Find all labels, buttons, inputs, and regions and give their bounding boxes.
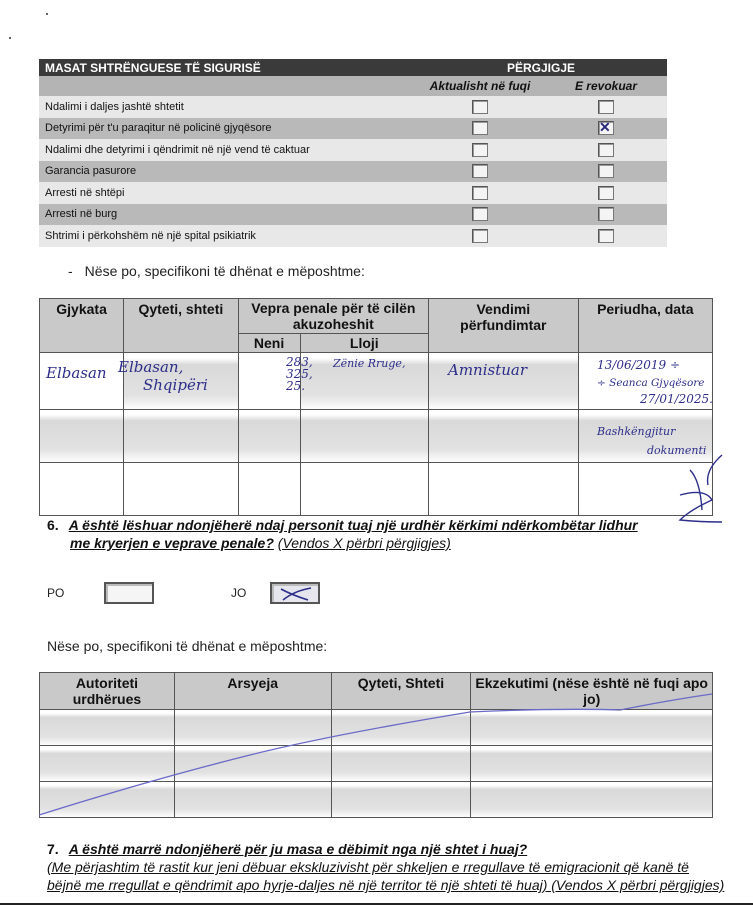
no-checkbox[interactable] bbox=[270, 582, 320, 604]
measure-label: Ndalimi dhe detyrimi i qëndrimit në një … bbox=[39, 139, 415, 161]
question-6: 6.A është lëshuar ndonjëherë ndaj person… bbox=[47, 516, 707, 552]
measure-label: Garancia pasurore bbox=[39, 161, 415, 183]
header-court: Gjykata bbox=[40, 299, 124, 353]
handwritten-city-state-1: Elbasan, bbox=[118, 360, 183, 375]
handwritten-article-3: 25. bbox=[286, 380, 305, 392]
x-mark-icon bbox=[278, 585, 314, 602]
if-yes-note-2: Nëse po, specifikoni të dhënat e mëposht… bbox=[47, 638, 327, 654]
revoked-checkbox[interactable] bbox=[598, 229, 614, 243]
yes-label: PO bbox=[47, 586, 64, 600]
header-period-date: Periudha, data bbox=[578, 299, 712, 353]
revoked-checkbox[interactable] bbox=[598, 121, 614, 135]
table-row bbox=[40, 463, 713, 516]
active-checkbox[interactable] bbox=[472, 121, 488, 135]
handwritten-period-3: 27/01/2025. bbox=[640, 392, 713, 407]
measure-label: Ndalimi i daljes jashtë shtetit bbox=[39, 96, 415, 118]
handwritten-period-1: 13/06/2019 ÷ bbox=[597, 358, 680, 373]
if-yes-note: -Nëse po, specifikoni të dhënat e mëposh… bbox=[68, 263, 365, 279]
active-checkbox[interactable] bbox=[472, 186, 488, 200]
table-row bbox=[40, 782, 713, 818]
handwritten-city-state-2: Shqipëri bbox=[143, 378, 208, 393]
question-7: 7.A është marrë ndonjëherë për ju masa e… bbox=[47, 840, 727, 894]
header-article: Neni bbox=[238, 334, 300, 353]
revoked-checkbox[interactable] bbox=[598, 207, 614, 221]
header-offense: Vepra penale për të cilën akuzoheshit bbox=[238, 299, 428, 334]
header-type: Lloji bbox=[300, 334, 429, 353]
header-city-state: Qyteti, shteti bbox=[124, 299, 239, 353]
header-city-state: Qyteti, Shteti bbox=[331, 673, 471, 710]
col-active: Aktualisht në fuqi bbox=[415, 76, 545, 96]
measure-label: Detyrimi për t'u paraqitur në policinë g… bbox=[39, 118, 415, 140]
measure-label: Shtrimi i përkohshëm në një spital psiki… bbox=[39, 225, 415, 247]
handwritten-court: Elbasan bbox=[46, 366, 107, 381]
yes-checkbox[interactable] bbox=[104, 582, 154, 604]
scan-speck bbox=[46, 13, 48, 15]
measure-row: Shtrimi i përkohshëm në një spital psiki… bbox=[39, 225, 667, 247]
table-row bbox=[40, 710, 713, 746]
response-header: PËRGJIGJE bbox=[415, 59, 667, 76]
revoked-checkbox[interactable] bbox=[598, 100, 614, 114]
header-final-decision: Vendimi përfundimtar bbox=[429, 299, 579, 353]
active-checkbox[interactable] bbox=[472, 207, 488, 221]
scan-speck bbox=[9, 37, 11, 39]
measure-row: Garancia pasurore bbox=[39, 161, 667, 183]
active-checkbox[interactable] bbox=[472, 229, 488, 243]
header-reason: Arsyeja bbox=[174, 673, 331, 710]
security-measures-table: MASAT SHTRËNGUESE TË SIGURISË PËRGJIGJE … bbox=[39, 59, 667, 247]
measure-label: Arresti në burg bbox=[39, 204, 415, 226]
measure-row: Arresti në shtëpi bbox=[39, 182, 667, 204]
measure-row: Ndalimi dhe detyrimi i qëndrimit në një … bbox=[39, 139, 667, 161]
active-checkbox[interactable] bbox=[472, 100, 488, 114]
active-checkbox[interactable] bbox=[472, 164, 488, 178]
measure-row: Detyrimi për t'u paraqitur në policinë g… bbox=[39, 118, 667, 140]
active-checkbox[interactable] bbox=[472, 143, 488, 157]
measure-row: Arresti në burg bbox=[39, 204, 667, 226]
table-row bbox=[40, 746, 713, 782]
measure-row: Ndalimi i daljes jashtë shtetit bbox=[39, 96, 667, 118]
handwritten-type: Zënie Rruge, bbox=[333, 356, 405, 371]
revoked-checkbox[interactable] bbox=[598, 186, 614, 200]
court-table: Gjykata Qyteti, shteti Vepra penale për … bbox=[39, 298, 713, 516]
header-execution: Ekzekutimi (nëse është në fuqi apo jo) bbox=[471, 673, 713, 710]
handwritten-period-5: dokumenti bbox=[647, 443, 706, 458]
warrant-table: Autoriteti urdhërues Arsyeja Qyteti, Sht… bbox=[39, 672, 713, 818]
handwritten-final-decision: Amnistuar bbox=[448, 363, 527, 378]
header-authority: Autoriteti urdhërues bbox=[40, 673, 175, 710]
col-revoked: E revokuar bbox=[545, 76, 667, 96]
handwritten-period-4: Bashkëngjitur bbox=[597, 424, 675, 439]
revoked-checkbox[interactable] bbox=[598, 164, 614, 178]
measures-title: MASAT SHTRËNGUESE TË SIGURISË bbox=[39, 59, 415, 76]
no-label: JO bbox=[231, 586, 246, 600]
revoked-checkbox[interactable] bbox=[598, 143, 614, 157]
measure-label: Arresti në shtëpi bbox=[39, 182, 415, 204]
handwritten-period-2: ÷ Seanca Gjyqësore bbox=[597, 376, 705, 391]
